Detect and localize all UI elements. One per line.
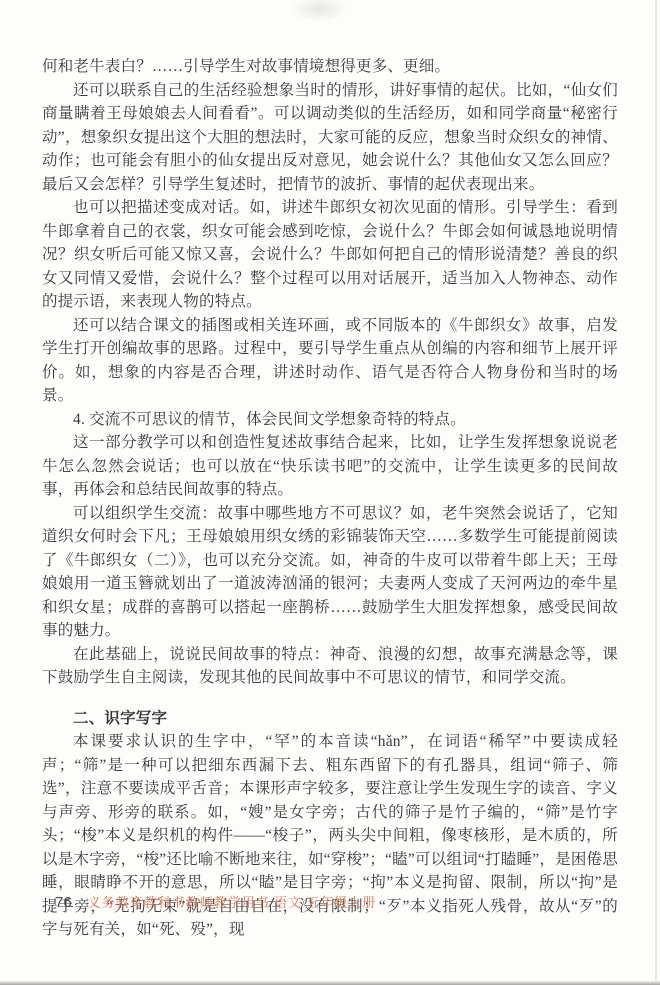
paragraph: 还可以联系自己的生活经验想象当时的情形，讲好事情的起伏。比如，“仙女们商量瞒着王… — [42, 79, 618, 197]
scan-smudge-artifact — [290, 0, 348, 22]
paragraph: 也可以把描述变成对话。如，讲述牛郎织女初次见面的情形。引导学生：看到牛郎拿着自己… — [42, 196, 618, 314]
section-heading-literacy: 二、识字写字 — [42, 707, 618, 731]
paragraph: 这一部分教学可以和创造性复述故事结合起来，比如，让学生发挥想象说说老牛怎么忽然会… — [42, 431, 618, 502]
paragraph: 在此基础上，说说民间故事的特点：神奇、浪漫的幻想，故事充满悬念等，课下鼓励学生自… — [42, 643, 618, 690]
numbered-point-4: 4. 交流不可思议的情节，体会民间文学想象奇特的特点。 — [42, 408, 618, 432]
page-body-text: 何和老牛表白？……引导学生对故事情境想得更多、更细。 还可以联系自己的生活经验想… — [42, 55, 618, 942]
page-footer: 76 义务教育教科书教师教学用书 语文 五年级上册 — [55, 892, 376, 911]
scan-page-bottom-edge — [0, 981, 660, 985]
scanned-book-page: 何和老牛表白？……引导学生对故事情境想得更多、更细。 还可以联系自己的生活经验想… — [0, 0, 660, 985]
book-title-running-footer: 义务教育教科书教师教学用书 语文 五年级上册 — [88, 892, 377, 911]
paragraph: 还可以结合课文的插图或相关连环画，或不同版本的《牛郎织女》故事，启发学生打开创编… — [42, 314, 618, 408]
paragraph: 可以组织学生交流：故事中哪些地方不可思议？如，老牛突然会说话了，它知道织女何时会… — [42, 502, 618, 643]
paragraph: 何和老牛表白？……引导学生对故事情境想得更多、更细。 — [42, 55, 618, 79]
scan-page-right-edge — [655, 0, 657, 985]
page-number: 76 — [55, 894, 72, 911]
